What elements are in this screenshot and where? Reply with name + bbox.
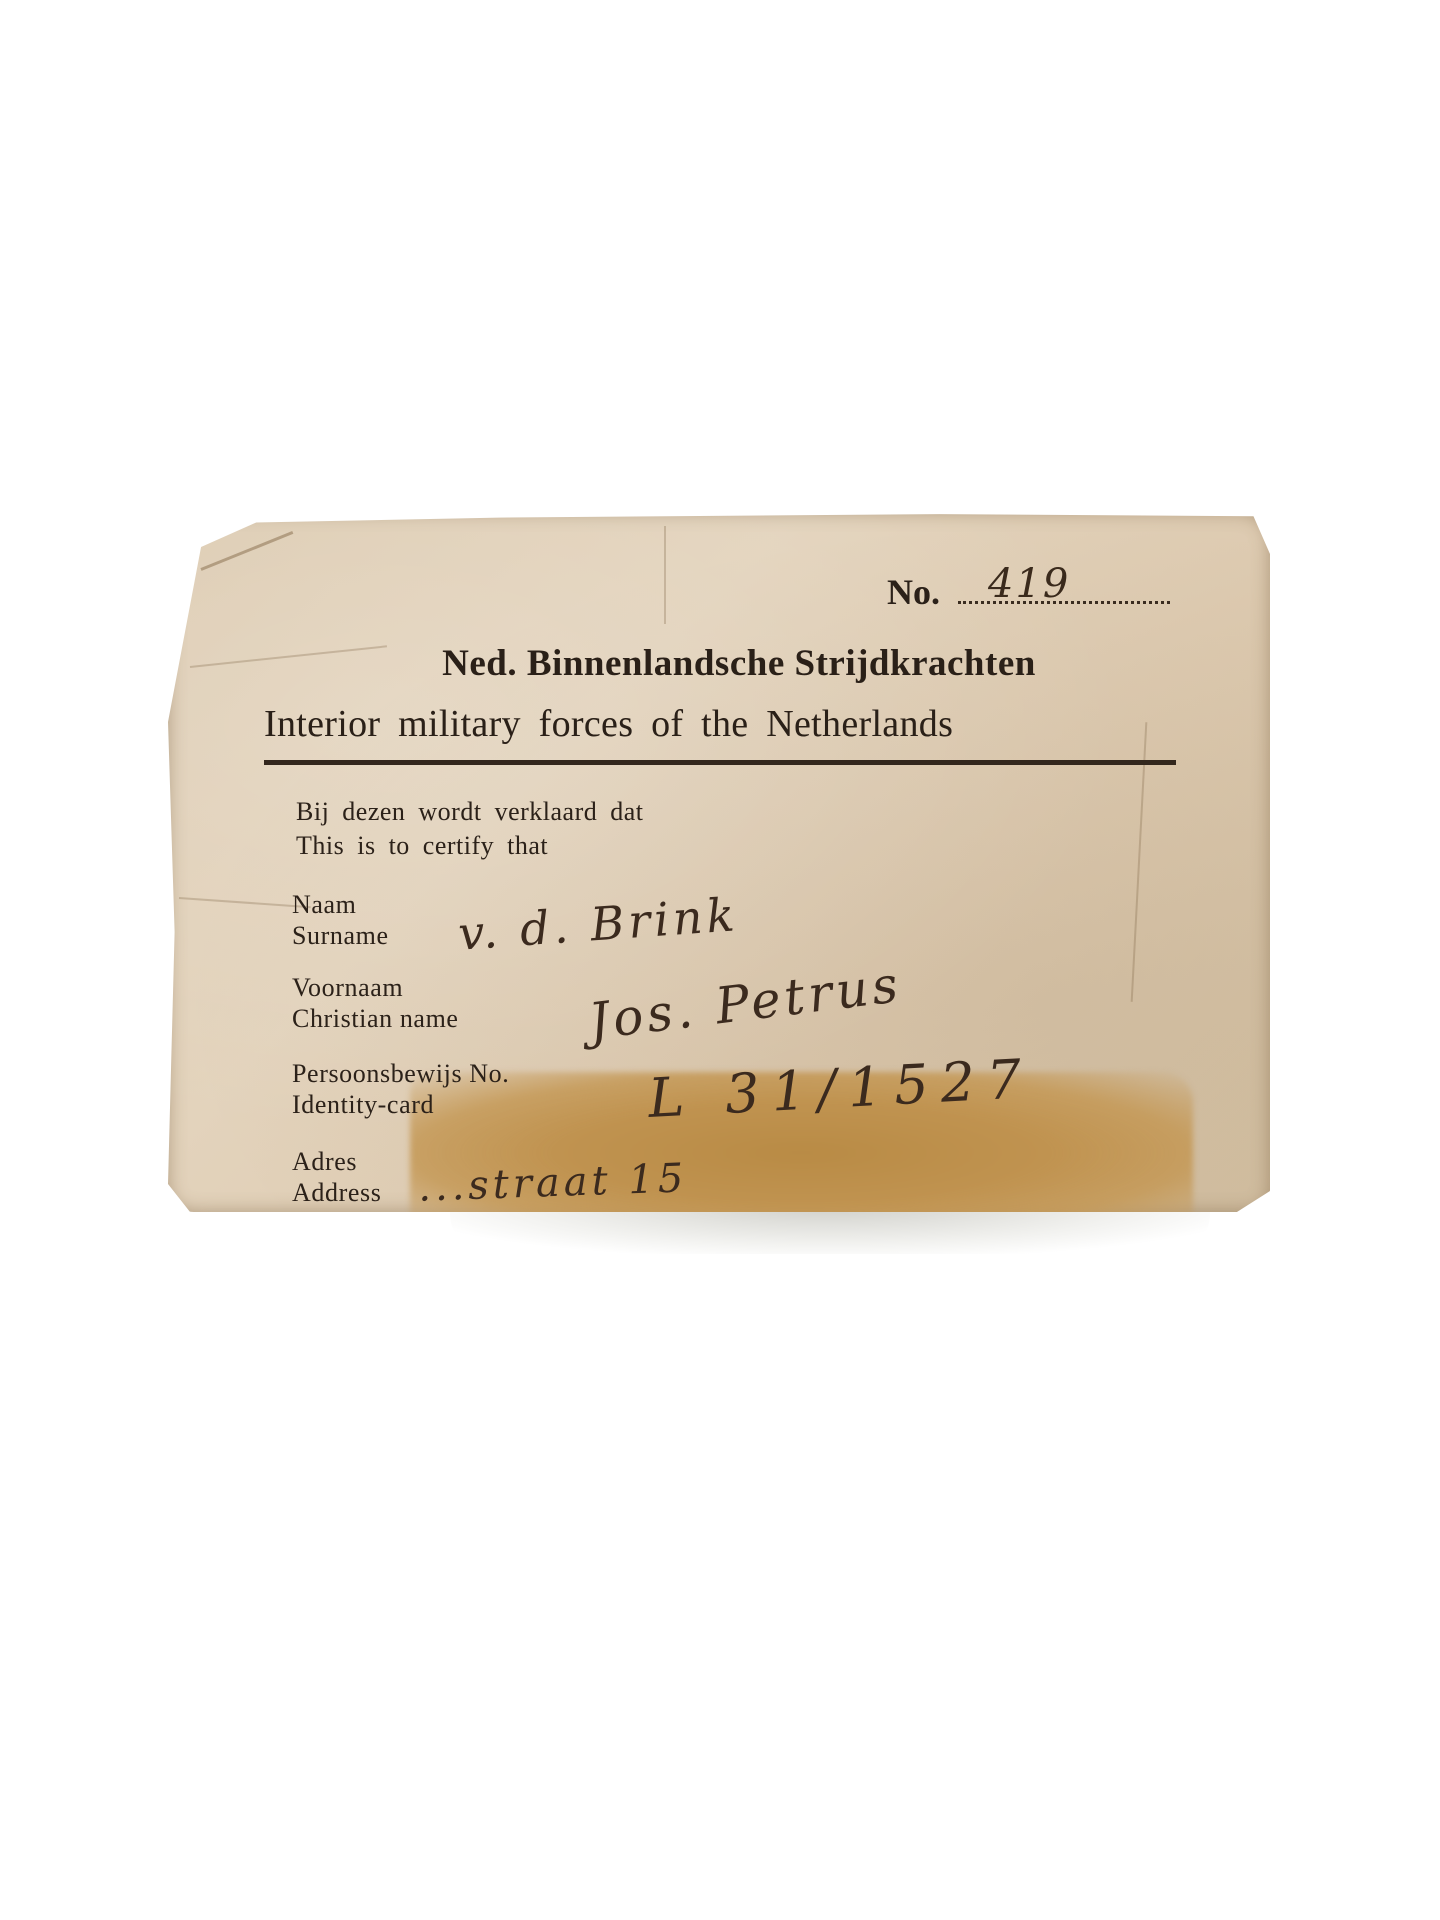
field-address-label-en: Address bbox=[292, 1177, 381, 1208]
field-identity-card-label-nl: Persoonsbewijs No. bbox=[292, 1058, 509, 1089]
title-dutch: Ned. Binnenlandsche Strijdkrachten bbox=[168, 642, 1270, 685]
crease-line bbox=[200, 531, 293, 571]
certify-text: Bij dezen wordt verklaard dat This is to… bbox=[296, 795, 644, 863]
field-surname-label-nl: Naam bbox=[292, 889, 389, 920]
card-number: No. 419 bbox=[887, 567, 1170, 613]
field-christian-name-label-en: Christian name bbox=[292, 1003, 459, 1034]
field-christian-name: Voornaam Christian name bbox=[292, 972, 459, 1034]
address-value: ...straat 15 bbox=[417, 1155, 688, 1210]
crease-line bbox=[664, 526, 666, 624]
certify-english: This is to certify that bbox=[296, 829, 644, 863]
field-christian-name-label-nl: Voornaam bbox=[292, 972, 459, 1003]
field-surname: Naam Surname bbox=[292, 889, 389, 951]
surname-value: v. d. Brink bbox=[456, 887, 740, 960]
card-shadow bbox=[450, 1206, 1210, 1254]
field-identity-card-label-en: Identity-card bbox=[292, 1089, 509, 1120]
field-address: Adres Address bbox=[292, 1146, 381, 1208]
number-label: No. bbox=[887, 571, 940, 613]
field-identity-card: Persoonsbewijs No. Identity-card bbox=[292, 1058, 509, 1120]
id-card: No. 419 Ned. Binnenlandsche Strijdkracht… bbox=[168, 512, 1270, 1212]
christian-name-value: Jos. Petrus bbox=[586, 955, 905, 1051]
field-address-label-nl: Adres bbox=[292, 1146, 381, 1177]
header-rule bbox=[264, 760, 1176, 765]
number-value: 419 bbox=[988, 561, 1070, 607]
title-english: Interior military forces of the Netherla… bbox=[264, 702, 953, 746]
field-surname-label-en: Surname bbox=[292, 920, 389, 951]
number-field: 419 bbox=[958, 567, 1170, 604]
certify-dutch: Bij dezen wordt verklaard dat bbox=[296, 795, 644, 829]
